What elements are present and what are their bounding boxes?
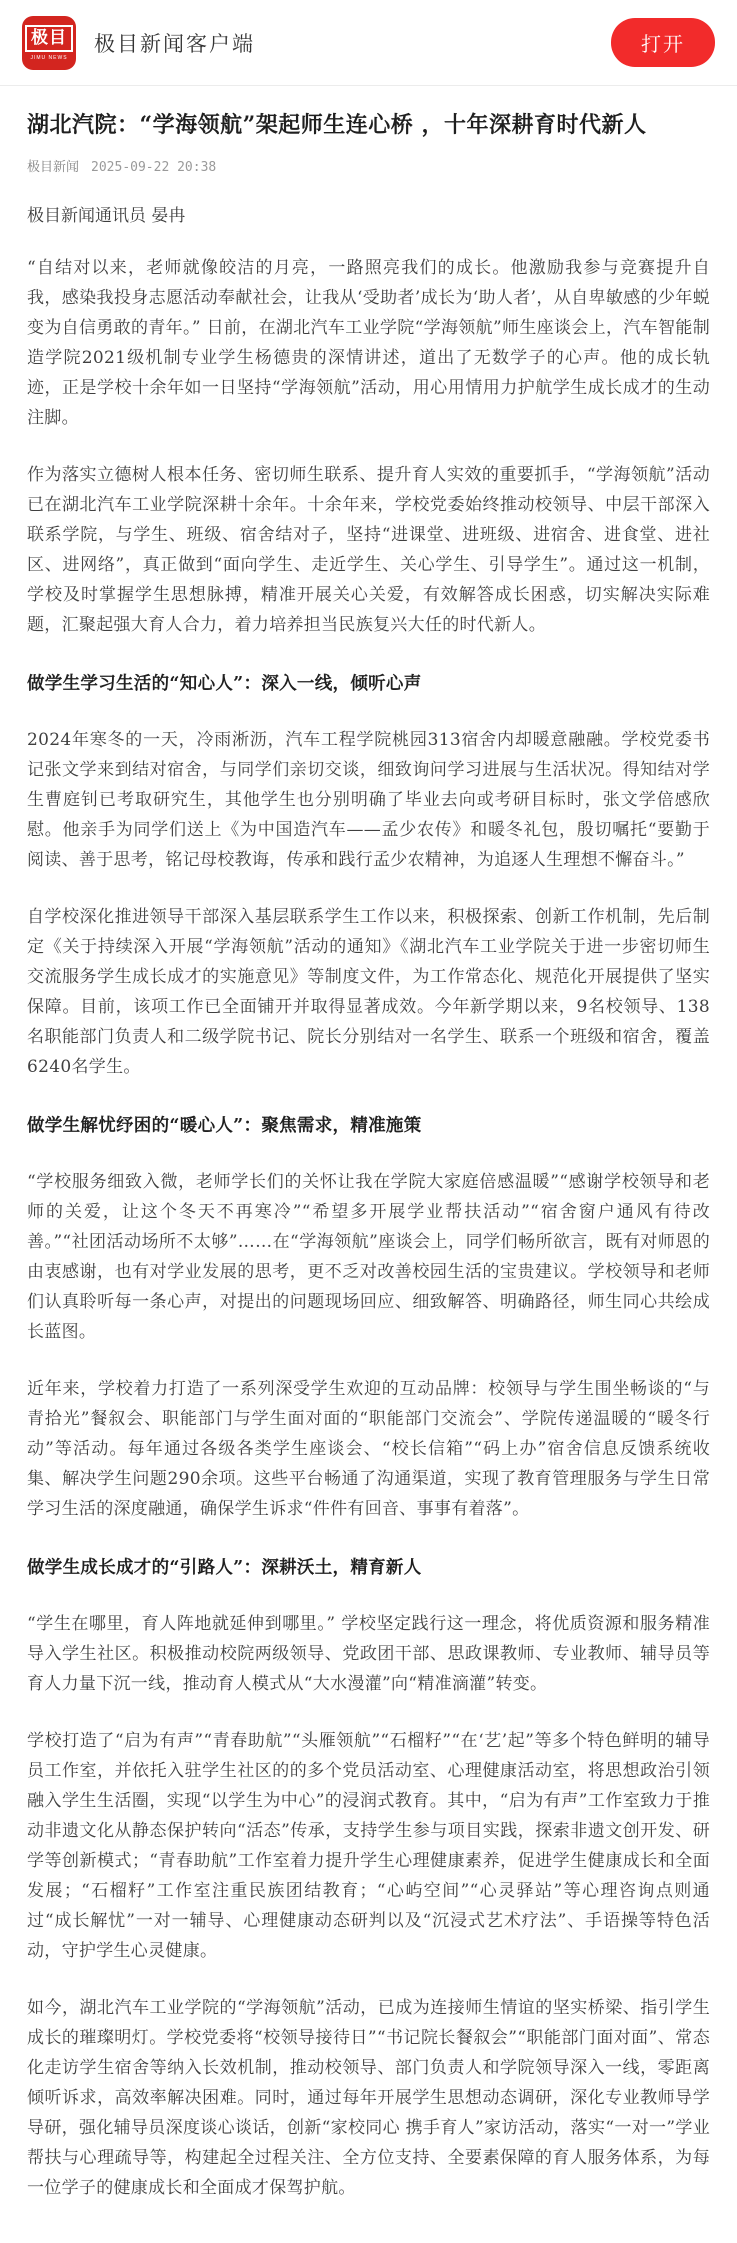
article-paragraph: 自学校深化推进领导干部深入基层联系学生工作以来，积极探索、创新工作机制，先后制定… (27, 902, 710, 1082)
article-meta: 极目新闻 2025-09-22 20:38 (27, 156, 710, 175)
article-paragraph: “自结对以来，老师就像皎洁的月亮，一路照亮我们的成长。他激励我参与竞赛提升自我，… (27, 253, 710, 433)
logo-text: 极目 (25, 25, 73, 52)
publish-timestamp: 2025-09-22 20:38 (91, 160, 216, 175)
article-paragraph: 学校打造了“启为有声”“青春助航”“头雁领航”“石榴籽”“在‘艺’起”等多个特色… (27, 1726, 710, 1966)
app-name: 极目新闻客户端 (94, 28, 611, 58)
article-paragraph: “学生在哪里，育人阵地就延伸到哪里。” 学校坚定践行这一理念，将优质资源和服务精… (27, 1609, 710, 1699)
article-paragraph: 如今，湖北汽车工业学院的“学海领航”活动，已成为连接师生情谊的坚实桥梁、指引学生… (27, 1993, 710, 2203)
article-paragraph: 作为落实立德树人根本任务、密切师生联系、提升育人实效的重要抓手，“学海领航”活动… (27, 460, 710, 640)
jimu-news-logo-icon: 极目 JIMU NEWS (22, 16, 76, 70)
article-body: “自结对以来，老师就像皎洁的月亮，一路照亮我们的成长。他激励我参与竞赛提升自我，… (27, 253, 710, 2203)
article-paragraph: “学校服务细致入微，老师学长们的关怀让我在学院大家庭倍感温暖”“感谢学校领导和老… (27, 1167, 710, 1347)
open-app-button[interactable]: 打开 (611, 18, 715, 67)
article-paragraph: 近年来，学校着力打造了一系列深受学生欢迎的互动品牌：校领导与学生围坐畅谈的“与青… (27, 1374, 710, 1524)
article: 湖北汽院：“学海领航”架起师生连心桥 ，十年深耕育时代新人 极目新闻 2025-… (0, 108, 737, 2243)
section-heading: 做学生解忧纾困的“暖心人”：聚焦需求，精准施策 (27, 1112, 710, 1140)
source-name: 极目新闻 (27, 156, 79, 175)
byline: 极目新闻通讯员 晏冉 (27, 201, 710, 226)
logo-subtext: JIMU NEWS (30, 55, 67, 61)
article-title: 湖北汽院：“学海领航”架起师生连心桥 ，十年深耕育时代新人 (27, 108, 710, 142)
article-paragraph: 2024年寒冬的一天，冷雨淅沥，汽车工程学院桃园313宿舍内却暖意融融。学校党委… (27, 725, 710, 875)
app-header: 极目 JIMU NEWS 极目新闻客户端 打开 (0, 0, 737, 86)
section-heading: 做学生成长成才的“引路人”：深耕沃土，精育新人 (27, 1554, 710, 1582)
section-heading: 做学生学习生活的“知心人”：深入一线，倾听心声 (27, 670, 710, 698)
